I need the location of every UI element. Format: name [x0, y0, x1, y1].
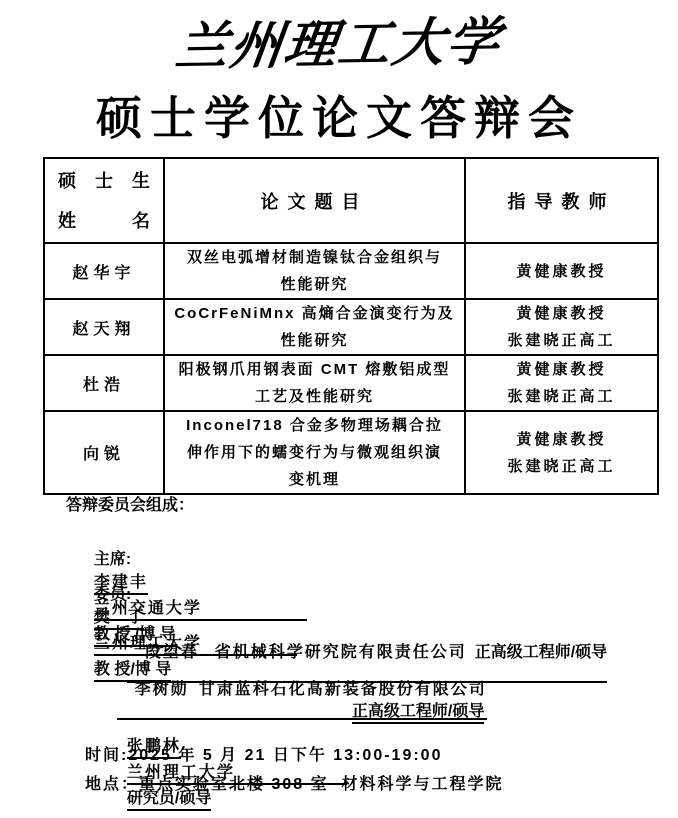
advisor-cell: 黄健康教授 张建晓正高工	[465, 411, 658, 494]
defense-time: 时间:2025 年 5 月 21 日下午 13:00-19:00	[85, 742, 442, 765]
thesis-title: CoCrFeNiMnx 高熵合金演变行为及 性能研究	[169, 300, 460, 354]
column-header-student: 硕士生 姓名	[44, 158, 164, 243]
advisor-names: 黄健康教授 张建晓正高工	[470, 356, 653, 410]
member-name: 李树勋	[135, 676, 189, 699]
table-row: 向锐 Inconel718 合金多物理场耦合拉 伸作用下的蠕变行为与微观组织演 …	[44, 411, 658, 494]
thesis-title-cell: 双丝电弧增材制造镍钛合金组织与 性能研究	[164, 243, 465, 299]
student-name-cell: 向锐	[44, 411, 164, 494]
thesis-title-cell: 阳极钢爪用钢表面 CMT 熔敷铝成型 工艺及性能研究	[164, 355, 465, 411]
university-logo-calligraphy: 兰州理工大学	[0, 0, 678, 83]
committee-heading: 答辩委员会组成：	[66, 492, 194, 515]
member-label: 委员:	[94, 581, 136, 604]
table-header-row: 硕士生 姓名 论文题目 指导教师	[44, 158, 658, 243]
student-name: 赵华宇	[72, 265, 135, 282]
thesis-title-cell: CoCrFeNiMnx 高熵合金演变行为及 性能研究	[164, 299, 465, 355]
advisor-cell: 黄健康教授	[465, 243, 658, 299]
member-title: 正高级工程师/硕导	[475, 639, 607, 662]
student-name: 赵天翔	[72, 321, 135, 338]
student-name-cell: 杜浩	[44, 355, 164, 411]
thesis-title: Inconel718 合金多物理场耦合拉 伸作用下的蠕变行为与微观组织演 变机理	[169, 412, 460, 493]
thesis-header-label: 论文题目	[261, 192, 369, 212]
thesis-title: 阳极钢爪用钢表面 CMT 熔敷铝成型 工艺及性能研究	[169, 356, 460, 410]
table-row: 杜浩 阳极钢爪用钢表面 CMT 熔敷铝成型 工艺及性能研究 黄健康教授 张建晓正…	[44, 355, 658, 411]
page-title: 硕士学位论文答辩会	[0, 82, 678, 148]
column-header-thesis: 论文题目	[164, 158, 465, 243]
advisor-header-label: 指导教师	[508, 192, 616, 212]
member-title: 正高级工程师/硕导	[352, 698, 484, 724]
table-row: 赵华宇 双丝电弧增材制造镍钛合金组织与 性能研究 黄健康教授	[44, 243, 658, 299]
advisor-names: 黄健康教授 张建晓正高工	[470, 300, 653, 354]
table-row: 赵天翔 CoCrFeNiMnx 高熵合金演变行为及 性能研究 黄健康教授 张建晓…	[44, 299, 658, 355]
column-header-advisor: 指导教师	[465, 158, 658, 243]
advisor-cell: 黄健康教授 张建晓正高工	[465, 355, 658, 411]
student-name-cell: 赵华宇	[44, 243, 164, 299]
thesis-title: 双丝电弧增材制造镍钛合金组织与 性能研究	[169, 244, 460, 298]
defense-location: 地点：重点实验室北楼 308 室 材料科学与工程学院	[85, 771, 503, 794]
advisor-names: 黄健康教授 张建晓正高工	[470, 426, 653, 480]
defense-announcement-document: { "header": { "university_logo": "兰州理工大学…	[0, 0, 678, 818]
advisor-cell: 黄健康教授 张建晓正高工	[465, 299, 658, 355]
student-name: 向锐	[83, 446, 125, 463]
defense-schedule-table: 硕士生 姓名 论文题目 指导教师 赵华宇 双丝电弧增材制造镍钛合金组织与 性能研…	[43, 157, 659, 495]
student-name-cell: 赵天翔	[44, 299, 164, 355]
student-name: 杜浩	[83, 377, 125, 394]
thesis-title-cell: Inconel718 合金多物理场耦合拉 伸作用下的蠕变行为与微观组织演 变机理	[164, 411, 465, 494]
advisor-names: 黄健康教授	[470, 258, 653, 285]
student-header-label: 硕士生 姓名	[58, 161, 150, 241]
